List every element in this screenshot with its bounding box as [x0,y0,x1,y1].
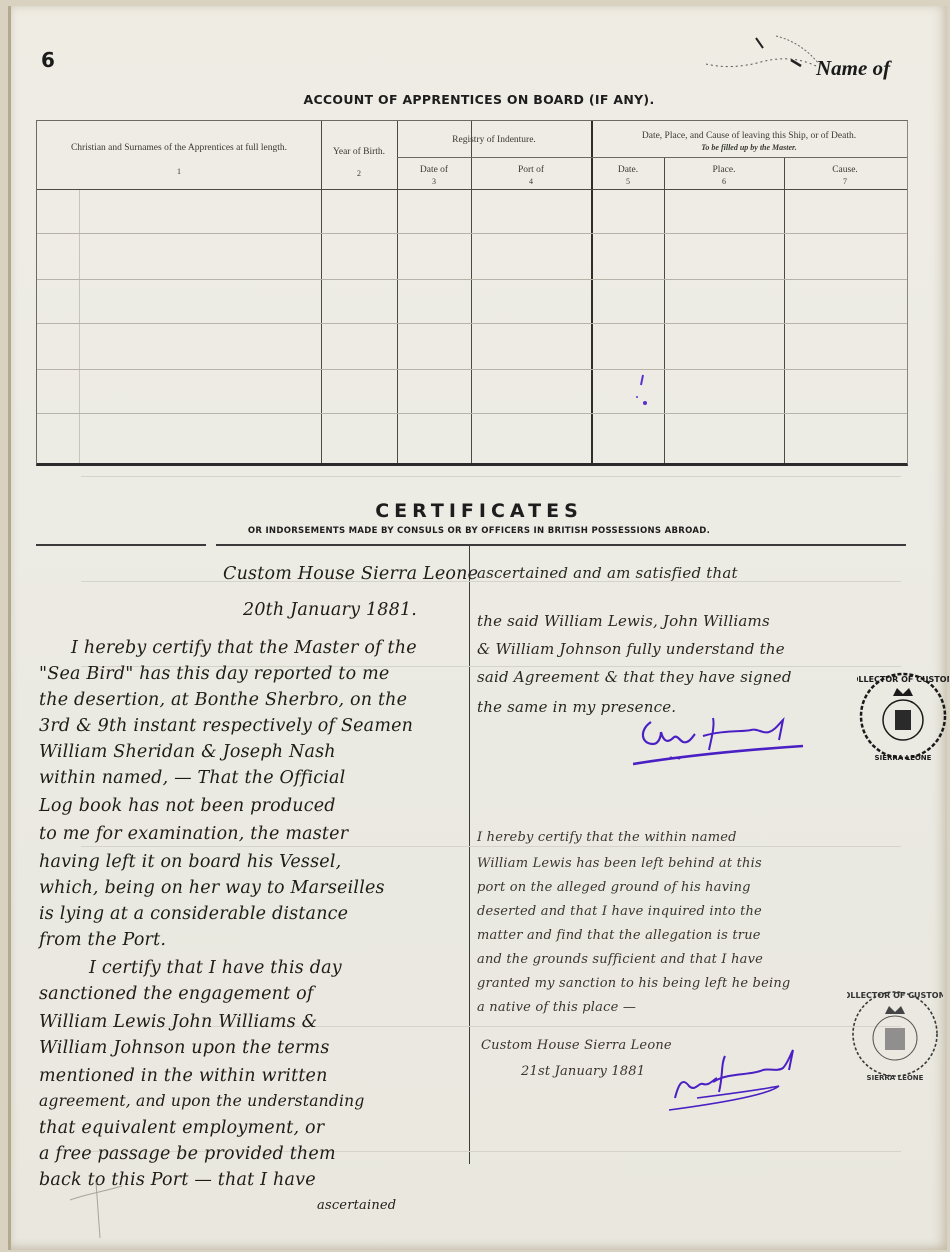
left-line: agreement, and upon the understanding [39,1092,364,1110]
left-line: William Lewis John Williams & [39,1012,317,1032]
col-header-leave-date: Date. 5 [592,165,664,187]
right-line-2: William Lewis has been left behind at th… [477,856,762,871]
apprentices-table: Christian and Surnames of the Apprentice… [36,120,908,466]
left-line: I hereby certify that the Master of the [71,638,417,658]
col-header-date-of: Date of 3 [397,165,471,187]
ink-smudge-icon [701,34,831,76]
left-line: I certify that I have this day [89,958,342,978]
left-line: that equivalent employment, or [39,1118,324,1138]
signature-2 [669,1042,849,1112]
right-line-2: granted my sanction to his being left he… [477,976,790,991]
left-line: a free passage be provided them [39,1144,336,1164]
col-header-port-of: Port of 4 [471,165,591,187]
col-group-leaving: Date, Place, and Cause of leaving this S… [592,131,906,154]
svg-text:COLLECTOR OF CUSTOMS: COLLECTOR OF CUSTOMS [847,991,943,1000]
left-line: is lying at a considerable distance [39,904,348,924]
document-page: 6 Name of ACCOUNT OF APPRENTICES ON BOAR… [8,6,947,1250]
col-group-registry: Registry of Indenture. [397,135,591,146]
left-continuation: ascertained [317,1198,396,1213]
col-header-year: Year of Birth. 2 [321,147,397,179]
col-header-place: Place. 6 [664,165,784,187]
right-line-2: a native of this place — [477,1000,636,1015]
left-line: mentioned in the within written [39,1066,328,1086]
customs-stamp-2: COLLECTOR OF CUSTOMS SIERRA LEONE [847,982,943,1086]
col-header-name: Christian and Surnames of the Apprentice… [37,143,321,177]
col-header-cause: Cause. 7 [784,165,906,187]
svg-text:SIERRA LEONE: SIERRA LEONE [867,1074,924,1082]
right-line: & William Johnson fully understand the [477,640,785,658]
page-number: 6 [41,48,55,72]
right-line: ascertained and am satisfied that [477,564,738,582]
left-line: within named, — That the Official [39,768,345,788]
left-line: 3rd & 9th instant respectively of Seamen [39,716,413,736]
left-line: to me for examination, the master [39,824,348,844]
right-line-2: port on the alleged ground of his having [477,880,751,895]
left-header-place: Custom House Sierra Leone [223,564,478,584]
left-line: Log book has not been produced [39,796,336,816]
left-line: "Sea Bird" has this day reported to me [39,664,389,684]
signature-1 [633,710,823,770]
right-line-2: I hereby certify that the within named [477,830,737,845]
left-line: having left it on board his Vessel, [39,852,341,872]
ink-mark-icon [627,371,657,411]
left-line: from the Port. [39,930,166,950]
svg-text:COLLECTOR OF CUSTOMS: COLLECTOR OF CUSTOMS [857,675,949,684]
left-line: sanctioned the engagement of [39,984,314,1004]
customs-stamp-1: COLLECTOR OF CUSTOMS SIERRA LEONE [857,666,949,766]
certificates-divider [469,546,470,1164]
ship-name-label: Name of [816,56,890,81]
right-line: said Agreement & that they have signed [477,668,792,686]
left-line: William Johnson upon the terms [39,1038,330,1058]
right-second-place: Custom House Sierra Leone [481,1038,672,1053]
certificates-subtitle: OR INDORSEMENTS MADE BY CONSULS OR BY OF… [11,526,947,536]
svg-text:SIERRA LEONE: SIERRA LEONE [875,754,932,762]
right-line: the said William Lewis, John Williams [477,612,770,630]
left-line: which, being on her way to Marseilles [39,878,385,898]
right-line-2: deserted and that I have inquired into t… [477,904,762,919]
right-line-2: matter and find that the allegation is t… [477,928,761,943]
right-second-date: 21st January 1881 [521,1064,645,1079]
apprentices-title: ACCOUNT OF APPRENTICES ON BOARD (IF ANY)… [11,92,947,107]
left-header-date: 20th January 1881. [243,600,417,620]
left-line: the desertion, at Bonthe Sherbro, on the [39,690,407,710]
pencil-mark-icon [66,1176,126,1246]
right-line-2: and the grounds sufficient and that I ha… [477,952,763,967]
certificates-title: CERTIFICATES [11,500,947,522]
left-line: William Sheridan & Joseph Nash [39,742,336,762]
